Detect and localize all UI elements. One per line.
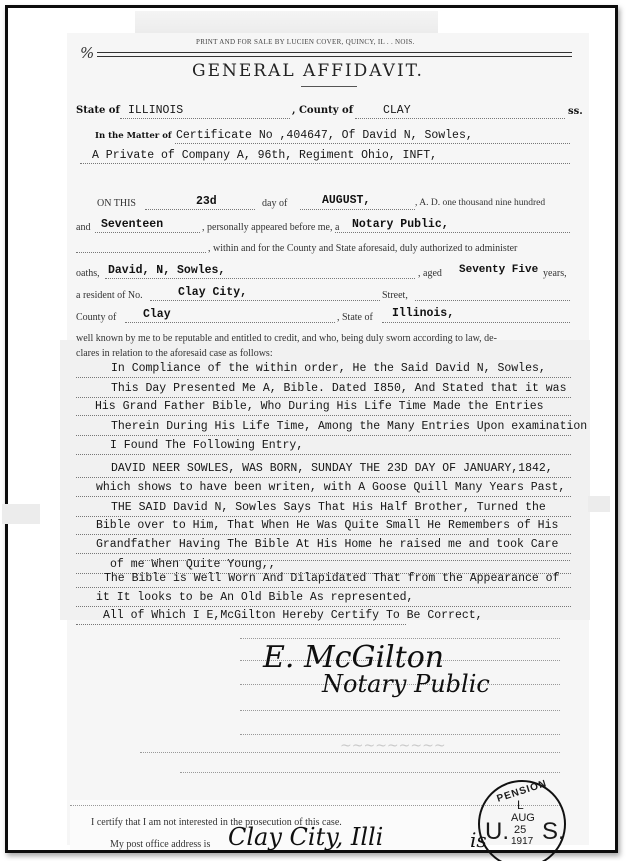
statement-rule bbox=[76, 516, 571, 517]
day-line bbox=[145, 209, 255, 210]
state-label: State of bbox=[76, 105, 120, 116]
statement-line: Therein During His Life Time, Among the … bbox=[111, 420, 587, 433]
page-title: GENERAL AFFIDAVIT. bbox=[192, 61, 424, 81]
statement-line: His Grand Father Bible, Who During His L… bbox=[95, 400, 544, 413]
stamp-left: U. bbox=[485, 818, 509, 846]
statement-rule bbox=[76, 606, 571, 607]
address-value: Clay City, Illi bbox=[228, 823, 383, 851]
authorized-text: , within and for the County and State af… bbox=[208, 243, 517, 254]
known-line: well known by me to be reputable and ent… bbox=[76, 333, 497, 344]
county-line bbox=[355, 118, 565, 119]
officer-line bbox=[335, 232, 570, 233]
day-value: 23d bbox=[196, 195, 217, 208]
and-label: and bbox=[76, 222, 90, 233]
statement-line: which shows to have been writen, with A … bbox=[96, 481, 565, 494]
statement-line: I Found The Following Entry, bbox=[110, 439, 303, 452]
officer-cont-line bbox=[76, 252, 206, 253]
appeared-text: , personally appeared before me, a bbox=[202, 222, 339, 233]
state-res-line bbox=[382, 322, 570, 323]
residence-value: Clay City, bbox=[178, 286, 247, 299]
stamp-day: 25 bbox=[514, 824, 526, 836]
oaths-label: oaths, bbox=[76, 268, 100, 279]
street-label: Street, bbox=[382, 290, 408, 301]
statement-rule bbox=[76, 477, 571, 478]
corner-mark: % bbox=[80, 44, 94, 62]
matter-line-2: A Private of Company A, 96th, Regiment O… bbox=[92, 149, 437, 162]
statement-rule bbox=[76, 553, 571, 554]
statement-rule bbox=[76, 397, 571, 398]
officer-value: Notary Public, bbox=[352, 218, 449, 231]
matter-line-2-rule bbox=[80, 163, 570, 164]
age-value: Seventy Five bbox=[459, 264, 538, 276]
scan-artifact-left bbox=[2, 504, 40, 524]
statement-line: This Day Presented Me A, Bible. Dated I8… bbox=[111, 382, 566, 395]
sig-rule-1 bbox=[240, 638, 560, 639]
title-underline bbox=[301, 86, 357, 87]
ss-label: ss. bbox=[568, 106, 583, 117]
county-res-value: Clay bbox=[143, 308, 171, 321]
county-value: CLAY bbox=[383, 104, 411, 117]
affiant-line bbox=[105, 278, 415, 279]
stamp-right: S. bbox=[542, 818, 565, 846]
declares-line: clares in relation to the aforesaid case… bbox=[76, 348, 273, 359]
scan-artifact-right bbox=[588, 496, 610, 512]
county-res-line bbox=[125, 322, 335, 323]
stamp-year: 1917 bbox=[511, 836, 533, 847]
county-of-label: County of bbox=[76, 312, 116, 323]
day-of-label: day of bbox=[262, 198, 287, 209]
statement-line: All of Which I E,McGilton Hereby Certify… bbox=[103, 609, 483, 622]
year-line bbox=[95, 232, 200, 233]
statement-line: DAVID NEER SOWLES, WAS BORN, SUNDAY THE … bbox=[111, 462, 553, 475]
state-value: ILLINOIS bbox=[128, 104, 183, 117]
year-value: Seventeen bbox=[101, 218, 163, 231]
street-line bbox=[415, 300, 570, 301]
matter-line-1: Certificate No ,404647, Of David N, Sowl… bbox=[176, 129, 473, 142]
statement-rule bbox=[76, 624, 406, 625]
statement-line: THE SAID David N, Sowles Says That His H… bbox=[111, 501, 546, 514]
printer-line: PRINT AND FOR SALE BY LUCIEN COVER, QUIN… bbox=[196, 38, 415, 46]
sig-rule-4 bbox=[240, 710, 560, 711]
state-res-value: Illinois, bbox=[392, 307, 454, 320]
statement-line: Grandfather Having The Bible At His Home… bbox=[96, 538, 558, 551]
stamp-month: AUG bbox=[511, 812, 535, 824]
bleed-through-text: ~~~~~~~~~ bbox=[340, 738, 446, 754]
statement-line: it It looks to be An Old Bible As repres… bbox=[96, 591, 413, 604]
statement-rule bbox=[76, 415, 571, 416]
aged-label: , aged bbox=[418, 268, 442, 279]
state-of-label: , State of bbox=[337, 312, 373, 323]
affiant-value: David, N, Sowles, bbox=[108, 264, 225, 277]
statement-line: In Compliance of the within order, He th… bbox=[111, 362, 546, 375]
resident-label: a resident of No. bbox=[76, 290, 143, 301]
matter-line-1-rule bbox=[175, 143, 570, 144]
statement-rule bbox=[76, 454, 571, 455]
blank-rule bbox=[140, 560, 570, 561]
state-line bbox=[120, 118, 290, 119]
statement-rule bbox=[76, 377, 571, 378]
statement-rule bbox=[76, 435, 571, 436]
statement-rule bbox=[76, 587, 571, 588]
header-double-rule bbox=[97, 52, 572, 57]
month-line bbox=[300, 209, 415, 210]
residence-line bbox=[150, 300, 380, 301]
sig-rule-7 bbox=[180, 772, 560, 773]
county-label: , County of bbox=[292, 105, 353, 116]
signature-title: Notary Public bbox=[322, 670, 490, 698]
stamp-letter: L bbox=[517, 798, 524, 812]
statement-rule bbox=[76, 534, 571, 535]
pension-postmark-stamp: PENSION L AUG 25 1917 U. S. bbox=[478, 780, 566, 861]
statement-line: The Bible is Well Worn And Dilapidated T… bbox=[104, 572, 559, 585]
statement-line: Bible over to Him, That When He Was Quit… bbox=[96, 519, 558, 532]
on-this-label: ON THIS bbox=[97, 198, 136, 209]
sig-rule-5 bbox=[240, 734, 560, 735]
matter-label: In the Matter of bbox=[95, 131, 172, 141]
address-label: My post office address is bbox=[110, 839, 210, 850]
month-value: AUGUST, bbox=[322, 194, 370, 207]
statement-rule bbox=[76, 496, 571, 497]
years-label: years, bbox=[543, 268, 567, 279]
ad-text: , A. D. one thousand nine hundred bbox=[415, 198, 545, 208]
